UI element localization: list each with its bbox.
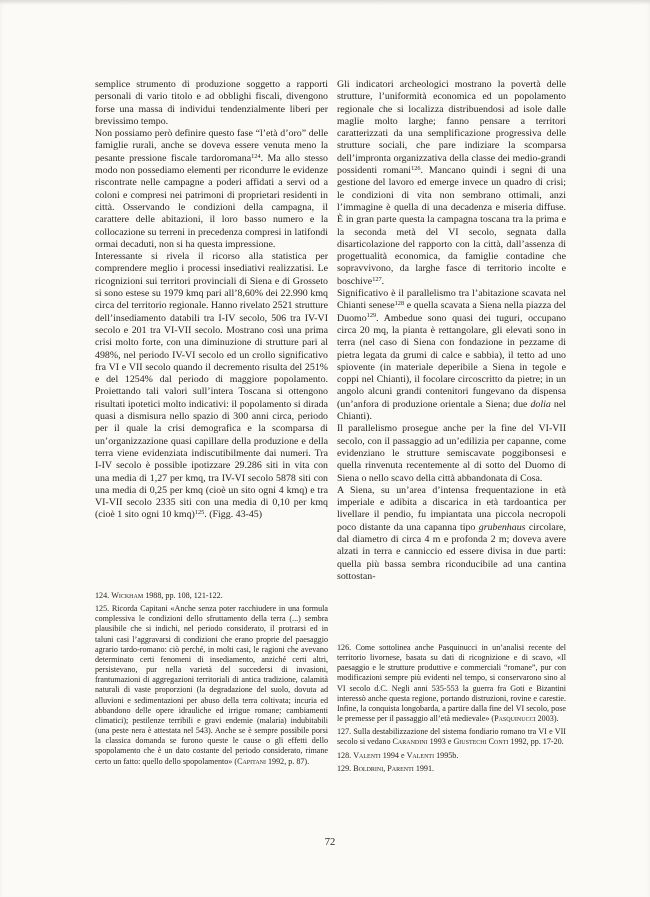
page-number: 72 xyxy=(95,837,565,848)
footnote: 129. Boldrini, Parenti 1991. xyxy=(337,764,566,774)
paragraph: Significativo è il parallelismo tra l’ab… xyxy=(337,288,566,423)
footnote: 128. Valenti 1994 e Valenti 1995b. xyxy=(337,751,566,761)
right-column-text: Gli indicatori archeologici mostrano la … xyxy=(337,79,566,637)
left-column-footnotes: 124. Wickham 1988, pp. 108, 121-122. 125… xyxy=(95,591,328,767)
left-column-text: semplice strumento di produzione soggett… xyxy=(95,79,328,584)
paragraph: Non possiamo però definire questo fase “… xyxy=(95,128,328,251)
paragraph: Interessante si rivela il ricorso alla s… xyxy=(95,251,328,522)
paragraph: A Siena, su un’area d’intensa frequentaz… xyxy=(337,485,566,583)
footnote: 127. Sulla destabilizzazione del sistema… xyxy=(337,727,566,747)
right-column-footnotes: 126. Come sottolinea anche Pasquinucci i… xyxy=(337,643,566,774)
footnote: 125. Ricorda Capitani «Anche senza poter… xyxy=(95,604,328,767)
footnote: 126. Come sottolinea anche Pasquinucci i… xyxy=(337,643,566,724)
paragraph: semplice strumento di produzione soggett… xyxy=(95,79,328,128)
footnote: 124. Wickham 1988, pp. 108, 121-122. xyxy=(95,591,328,601)
paragraph: Gli indicatori archeologici mostrano la … xyxy=(337,79,566,288)
scanned-book-page: semplice strumento di produzione soggett… xyxy=(0,0,650,897)
paragraph: Il parallelismo prosegue anche per la fi… xyxy=(337,423,566,484)
